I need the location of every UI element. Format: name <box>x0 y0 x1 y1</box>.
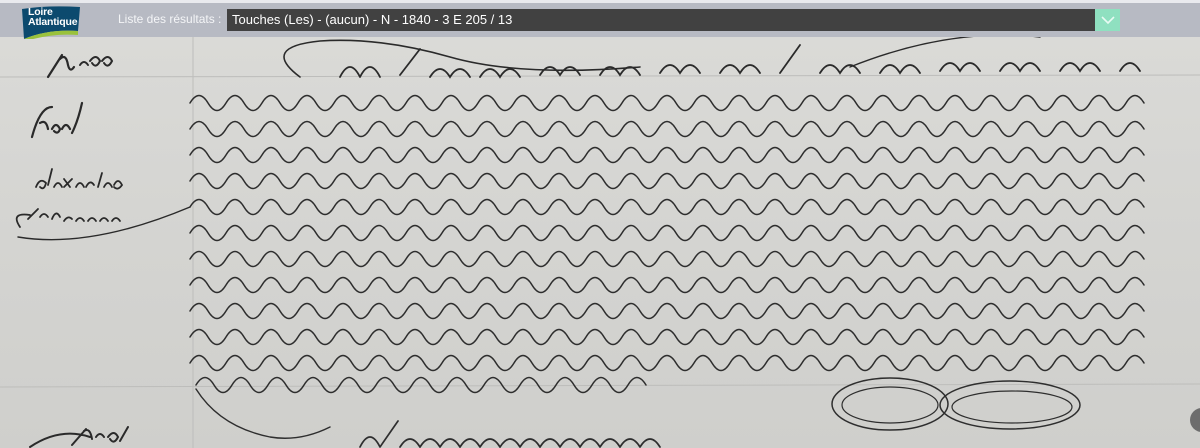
handwritten-register-page <box>0 37 1200 448</box>
document-image-viewer[interactable] <box>0 37 1200 448</box>
logo-text: Loire Atlantique <box>28 7 77 27</box>
results-list-label: Liste des résultats : <box>118 12 221 26</box>
logo-line-2: Atlantique <box>28 17 77 27</box>
results-dropdown-button[interactable] <box>1095 9 1120 31</box>
top-bar: Loire Atlantique Liste des résultats : T… <box>0 0 1200 37</box>
chevron-down-icon <box>1101 15 1115 25</box>
loire-atlantique-logo[interactable]: Loire Atlantique <box>18 5 82 39</box>
results-select[interactable]: Touches (Les) - (aucun) - N - 1840 - 3 E… <box>227 9 1095 31</box>
